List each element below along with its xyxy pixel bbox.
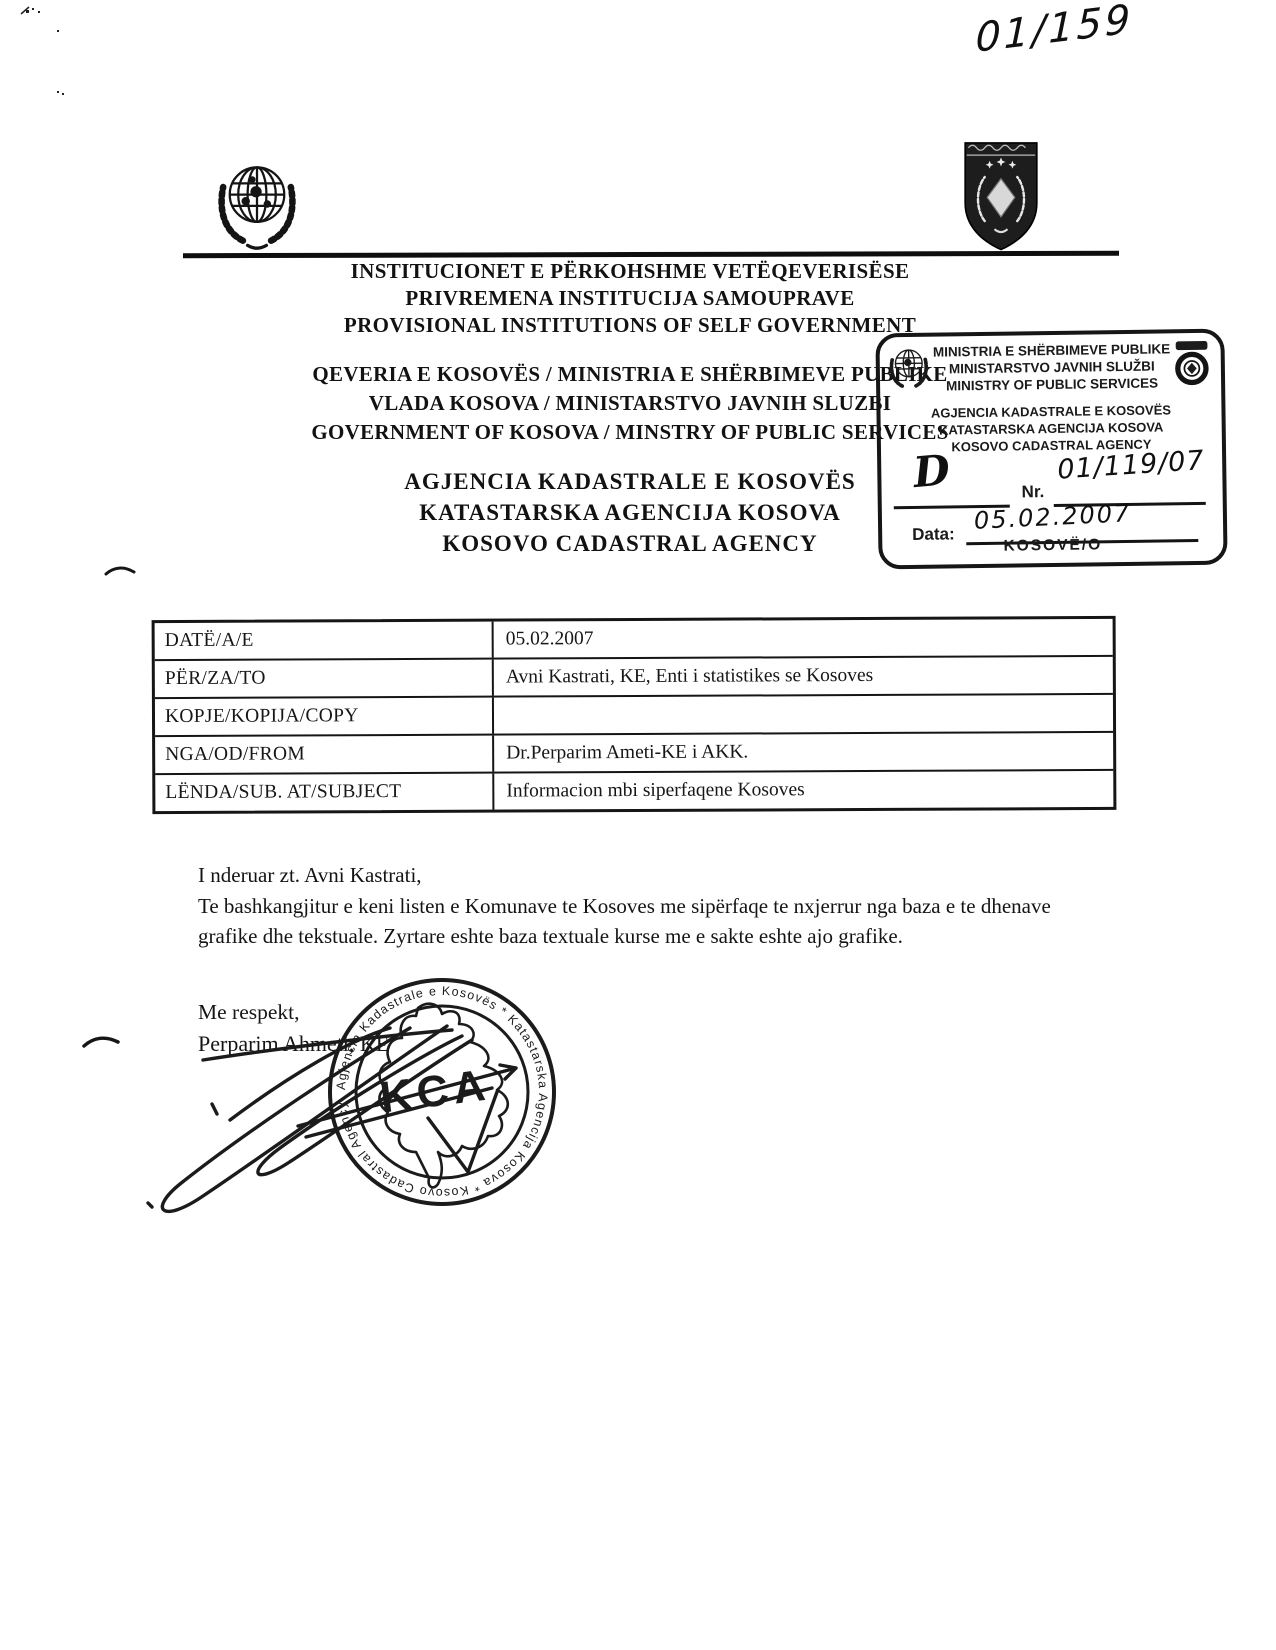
un-emblem-mini-icon xyxy=(885,342,932,395)
table-row: NGA/OD/FROM Dr.Perparim Ameti-KE i AKK. xyxy=(155,733,1113,775)
table-row: KOPJE/KOPIJA/COPY xyxy=(155,695,1113,737)
kca-mini-badge-icon xyxy=(1169,337,1214,392)
row-label: NGA/OD/FROM xyxy=(155,736,494,773)
row-value xyxy=(494,695,1113,734)
stamp-place-line: KOSOVË/O xyxy=(882,535,1223,558)
row-value: Avni Kastrati, KE, Enti i statistikes se… xyxy=(494,657,1113,696)
stamp-ministry-lines: MINISTRIA E SHËRBIMEVE PUBLIKE MINISTARS… xyxy=(932,340,1173,394)
row-label: KOPJE/KOPIJA/COPY xyxy=(155,698,494,735)
salutation: I nderuar zt. Avni Kastrati, xyxy=(198,860,1058,891)
stamp-ministry-en: MINISTRY OF PUBLIC SERVICES xyxy=(932,374,1172,394)
nr-label: Nr. xyxy=(1021,482,1044,502)
closing-line: Me respekt, xyxy=(198,1000,300,1025)
body-paragraph: Te bashkangjitur e keni listen e Komunav… xyxy=(198,891,1058,952)
registry-stamp-box: MINISTRIA E SHËRBIMEVE PUBLIKE MINISTARS… xyxy=(875,329,1227,570)
row-label: PËR/ZA/TO xyxy=(155,660,494,697)
letter-body: I nderuar zt. Avni Kastrati, Te bashkang… xyxy=(198,860,1058,952)
memo-header-table: DATË/A/E 05.02.2007 PËR/ZA/TO Avni Kastr… xyxy=(152,616,1117,814)
handwritten-doc-letter: D xyxy=(911,445,951,497)
kosovo-shield-icon xyxy=(960,138,1042,252)
svg-text:Agjencia Kadastrale e Kosovës: Agjencia Kadastrale e Kosovës * Katastar… xyxy=(334,984,550,1200)
table-row: PËR/ZA/TO Avni Kastrati, KE, Enti i stat… xyxy=(155,657,1113,699)
row-label: DATË/A/E xyxy=(155,622,494,659)
table-row: DATË/A/E 05.02.2007 xyxy=(155,619,1113,661)
row-label: LËNDA/SUB. AT/SUBJECT xyxy=(155,774,494,811)
row-value: 05.02.2007 xyxy=(494,619,1113,658)
signer-name: Perparim Ahmeti, KE xyxy=(198,1031,389,1057)
kosovo-map-outline xyxy=(379,1004,507,1188)
institutions-header: INSTITUCIONET E PËRKOHSHME VETËQEVERISËS… xyxy=(150,258,1110,339)
ink-overlay: Agjencia Kadastrale e Kosovës * Katastar… xyxy=(0,0,1276,1650)
institutions-line-sr: PRIVREMENA INSTITUCIJA SAMOUPRAVE xyxy=(150,285,1110,312)
row-value: Dr.Perparim Ameti-KE i AKK. xyxy=(494,733,1113,772)
handwritten-reference-number: 01/159 xyxy=(975,0,1133,62)
institutions-line-sq: INSTITUCIONET E PËRKOHSHME VETËQEVERISËS… xyxy=(150,258,1110,285)
seal-rim-text: Agjencia Kadastrale e Kosovës * Katastar… xyxy=(334,984,550,1200)
scan-speckles xyxy=(21,7,64,95)
kca-seal: Agjencia Kadastrale e Kosovës * Katastar… xyxy=(330,980,554,1204)
seal-center-label: KCA xyxy=(377,1060,492,1122)
table-row: LËNDA/SUB. AT/SUBJECT Informacion mbi si… xyxy=(155,771,1113,811)
row-value: Informacion mbi siperfaqene Kosoves xyxy=(494,771,1113,810)
un-emblem-icon xyxy=(210,150,304,258)
margin-tick-marks xyxy=(84,568,134,1046)
scanned-memo-page: 01/159 xyxy=(0,0,1276,1650)
